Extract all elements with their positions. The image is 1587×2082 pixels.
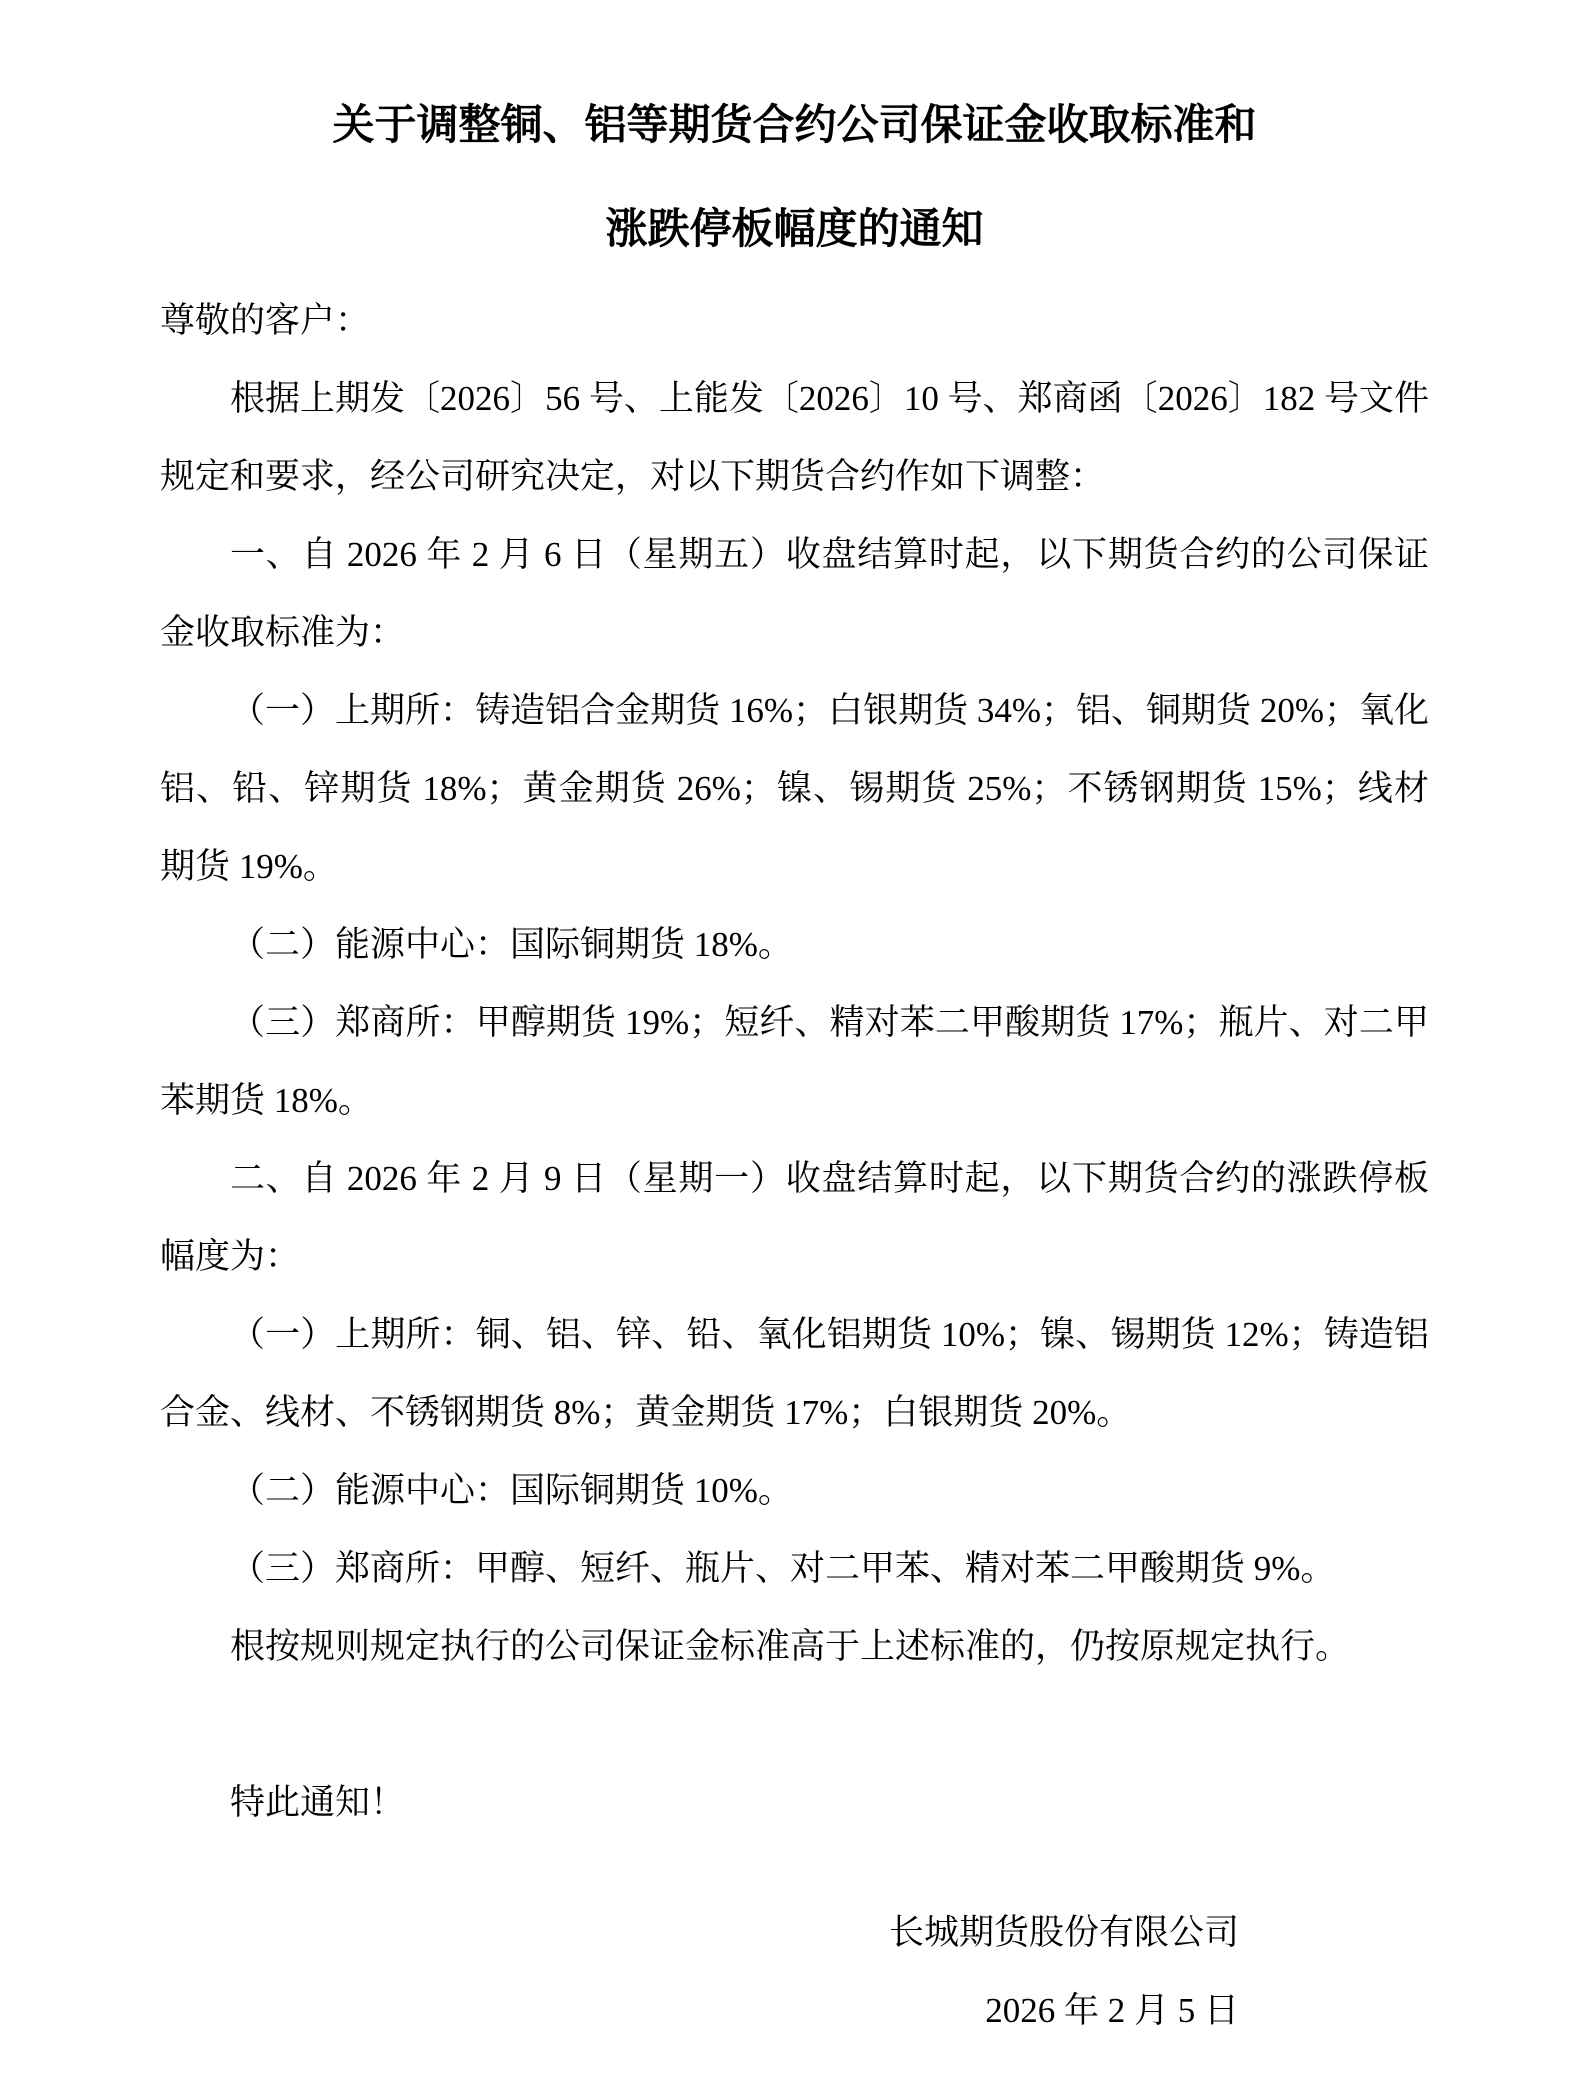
paragraph-section-2-item-2: （二）能源中心：国际铜期货 10%。 <box>160 1452 1429 1530</box>
salutation: 尊敬的客户： <box>160 282 1429 360</box>
signature-date: 2026 年 2 月 5 日 <box>160 1972 1239 2050</box>
signature-block: 长城期货股份有限公司 2026 年 2 月 5 日 <box>160 1894 1239 2050</box>
paragraph-section-1-intro: 一、自 2026 年 2 月 6 日（星期五）收盘结算时起，以下期货合约的公司保… <box>160 516 1429 672</box>
paragraph-section-2-item-1: （一）上期所：铜、铝、锌、铅、氧化铝期货 10%；镍、锡期货 12%；铸造铝合金… <box>160 1296 1429 1452</box>
document-title: 关于调整铜、铝等期货合约公司保证金收取标准和 涨跌停板幅度的通知 <box>160 74 1429 282</box>
paragraph-section-2-intro: 二、自 2026 年 2 月 9 日（星期一）收盘结算时起，以下期货合约的涨跌停… <box>160 1140 1429 1296</box>
paragraph-exception-rule: 根按规则规定执行的公司保证金标准高于上述标准的，仍按原规定执行。 <box>160 1608 1429 1686</box>
paragraph-section-1-item-3: （三）郑商所：甲醇期货 19%；短纤、精对苯二甲酸期货 17%；瓶片、对二甲苯期… <box>160 984 1429 1140</box>
document-body: 尊敬的客户： 根据上期发〔2026〕56 号、上能发〔2026〕10 号、郑商函… <box>160 282 1429 1842</box>
paragraph-section-1-item-2: （二）能源中心：国际铜期货 18%。 <box>160 906 1429 984</box>
notice-document-page: 关于调整铜、铝等期货合约公司保证金收取标准和 涨跌停板幅度的通知 尊敬的客户： … <box>0 0 1587 2082</box>
signature-company: 长城期货股份有限公司 <box>160 1894 1239 1972</box>
document-title-line-2: 涨跌停板幅度的通知 <box>160 178 1429 282</box>
document-title-line-1: 关于调整铜、铝等期货合约公司保证金收取标准和 <box>160 74 1429 178</box>
paragraph-basis: 根据上期发〔2026〕56 号、上能发〔2026〕10 号、郑商函〔2026〕1… <box>160 360 1429 516</box>
paragraph-section-2-item-3: （三）郑商所：甲醇、短纤、瓶片、对二甲苯、精对苯二甲酸期货 9%。 <box>160 1530 1429 1608</box>
paragraph-closing: 特此通知！ <box>160 1764 1429 1842</box>
paragraph-section-1-item-1: （一）上期所：铸造铝合金期货 16%；白银期货 34%；铝、铜期货 20%；氧化… <box>160 672 1429 906</box>
